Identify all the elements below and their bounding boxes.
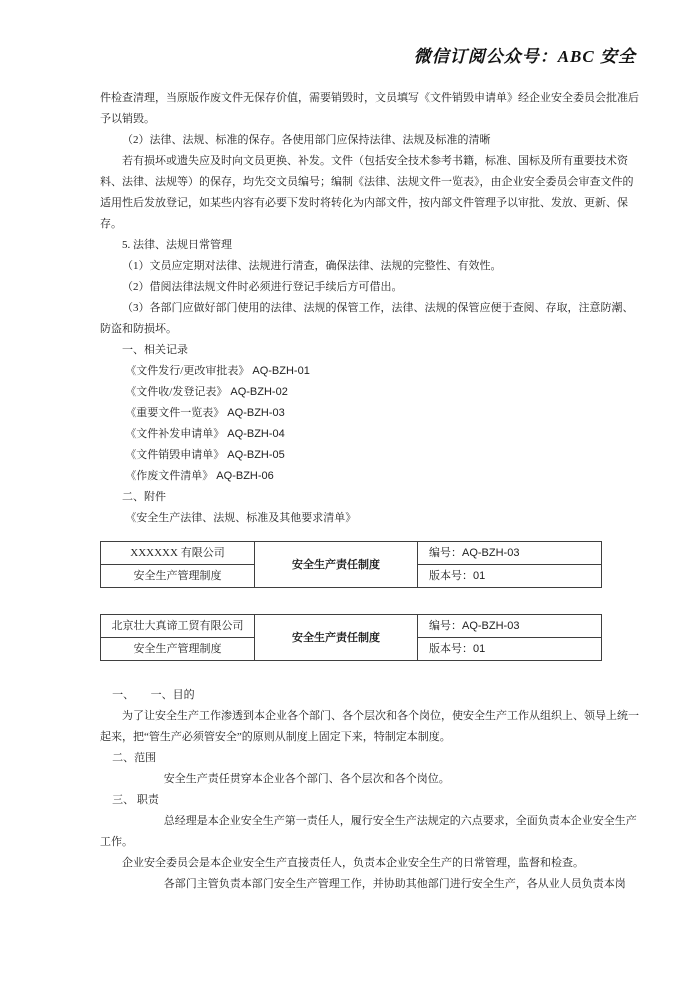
record-item: 《文件收/发登记表》AQ-BZH-02 <box>100 382 640 403</box>
record-item: 《重要文件一览表》AQ-BZH-03 <box>100 403 640 424</box>
record-item: 《文件发行/更改审批表》AQ-BZH-01 <box>100 361 640 382</box>
paragraph: 三、 职责 <box>100 790 640 811</box>
code-value: AQ-BZH-03 <box>462 620 519 632</box>
version-value: 01 <box>473 643 485 655</box>
record-code: AQ-BZH-03 <box>227 407 284 419</box>
doc-type-cell: 安全生产管理制度 <box>101 638 255 661</box>
paragraph: 一、 一、目的 <box>100 685 640 706</box>
watermark-header: 微信订阅公众号：ABC 安全 <box>100 46 636 68</box>
paragraph: 件检查清理，当原版作废文件无保存价值，需要销毁时，文员填写《文件销毁申请单》经企… <box>100 88 640 130</box>
attachment-paragraphs: 二、附件《安全生产法律、法规、标准及其他要求清单》 <box>100 487 640 529</box>
doc-title-cell: 安全生产责任制度 <box>255 542 418 588</box>
paragraph: 若有损坏或遗失应及时向文员更换、补发。文件（包括安全技术参考书籍，标准、国标及所… <box>100 151 640 235</box>
code-value: AQ-BZH-03 <box>462 547 519 559</box>
version-value: 01 <box>473 570 485 582</box>
record-title: 《文件销毁申请单》 <box>125 449 224 461</box>
code-label: 编号： <box>429 620 462 632</box>
company-cell: 北京壮大真谛工贸有限公司 <box>101 615 255 638</box>
record-code: AQ-BZH-01 <box>252 365 309 377</box>
record-item: 《作废文件清单》AQ-BZH-06 <box>100 466 640 487</box>
doc-type-cell: 安全生产管理制度 <box>101 565 255 588</box>
version-cell: 版本号：01 <box>418 638 602 661</box>
paragraph: 企业安全委员会是本企业安全生产直接责任人，负责本企业安全生产的日常管理，监督和检… <box>100 853 640 874</box>
doc-header-table-1: XXXXXX 有限公司 安全生产责任制度 编号：AQ-BZH-03 安全生产管理… <box>100 541 602 588</box>
record-code: AQ-BZH-02 <box>230 386 287 398</box>
record-item: 《文件销毁申请单》AQ-BZH-05 <box>100 445 640 466</box>
record-title: 《作废文件清单》 <box>125 470 213 482</box>
document-page: 微信订阅公众号：ABC 安全 件检查清理，当原版作废文件无保存价值，需要销毁时，… <box>0 0 700 990</box>
record-title: 《重要文件一览表》 <box>125 407 224 419</box>
table-row: XXXXXX 有限公司 安全生产责任制度 编号：AQ-BZH-03 <box>101 542 602 565</box>
paragraph: （2）法律、法规、标准的保存。各使用部门应保持法律、法规及标准的清晰 <box>100 130 640 151</box>
record-title: 《文件收/发登记表》 <box>125 386 227 398</box>
record-title: 《文件发行/更改审批表》 <box>125 365 249 377</box>
doc-code-cell: 编号：AQ-BZH-03 <box>418 542 602 565</box>
paragraph: （1）文员应定期对法律、法规进行清查，确保法律、法规的完整性、有效性。 <box>100 256 640 277</box>
paragraph: 一、相关记录 <box>100 340 640 361</box>
paragraph: 二、附件 <box>100 487 640 508</box>
paragraph: 各部门主管负责本部门安全生产管理工作，并协助其他部门进行安全生产，各从业人员负责… <box>100 874 640 895</box>
record-code: AQ-BZH-06 <box>216 470 273 482</box>
table-row: 北京壮大真谛工贸有限公司 安全生产责任制度 编号：AQ-BZH-03 <box>101 615 602 638</box>
paragraph: 5. 法律、法规日常管理 <box>100 235 640 256</box>
paragraph: 为了让安全生产工作渗透到本企业各个部门、各个层次和各个岗位，使安全生产工作从组织… <box>100 706 640 748</box>
code-label: 编号： <box>429 547 462 559</box>
doc-title-cell: 安全生产责任制度 <box>255 615 418 661</box>
paragraph: （3）各部门应做好部门使用的法律、法规的保管工作，法律、法规的保管应便于查阅、存… <box>100 298 640 340</box>
version-cell: 版本号：01 <box>418 565 602 588</box>
body-top-paragraphs: 件检查清理，当原版作废文件无保存价值，需要销毁时，文员填写《文件销毁申请单》经企… <box>100 88 640 361</box>
record-item: 《文件补发申请单》AQ-BZH-04 <box>100 424 640 445</box>
body-bottom-paragraphs: 一、 一、目的为了让安全生产工作渗透到本企业各个部门、各个层次和各个岗位，使安全… <box>100 685 640 895</box>
paragraph: 《安全生产法律、法规、标准及其他要求清单》 <box>100 508 640 529</box>
version-label: 版本号： <box>429 643 473 655</box>
paragraph: 总经理是本企业安全生产第一责任人，履行安全生产法规定的六点要求，全面负责本企业安… <box>100 811 640 853</box>
doc-header-table-2: 北京壮大真谛工贸有限公司 安全生产责任制度 编号：AQ-BZH-03 安全生产管… <box>100 614 602 661</box>
doc-code-cell: 编号：AQ-BZH-03 <box>418 615 602 638</box>
record-code: AQ-BZH-05 <box>227 449 284 461</box>
version-label: 版本号： <box>429 570 473 582</box>
paragraph: （2）借阅法律法规文件时必须进行登记手续后方可借出。 <box>100 277 640 298</box>
paragraph: 二、范围 <box>100 748 640 769</box>
record-title: 《文件补发申请单》 <box>125 428 224 440</box>
company-cell: XXXXXX 有限公司 <box>101 542 255 565</box>
record-code: AQ-BZH-04 <box>227 428 284 440</box>
records-list: 《文件发行/更改审批表》AQ-BZH-01《文件收/发登记表》AQ-BZH-02… <box>100 361 640 487</box>
paragraph: 安全生产责任贯穿本企业各个部门、各个层次和各个岗位。 <box>100 769 640 790</box>
